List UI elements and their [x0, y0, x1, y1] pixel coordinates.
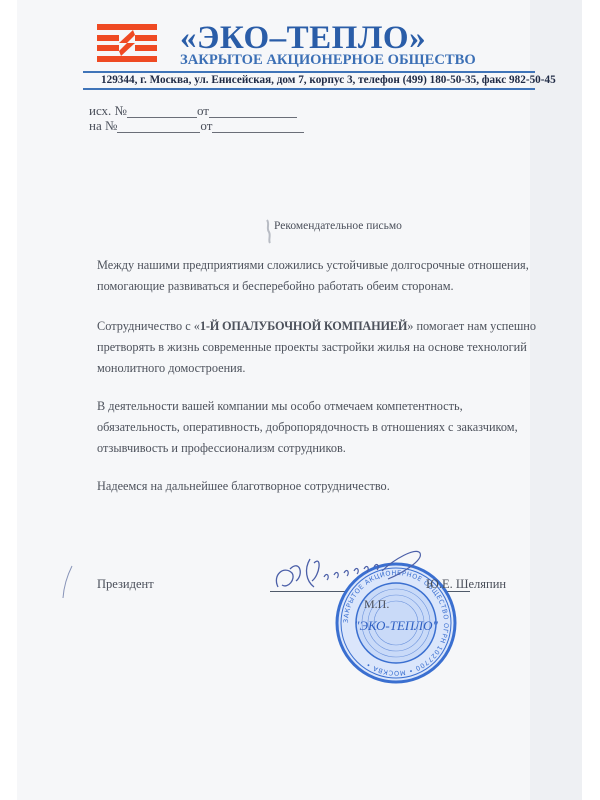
outgoing-date-blank — [209, 105, 297, 118]
outgoing-reference: исх. №от — [89, 104, 297, 118]
signer-position: Президент — [97, 577, 154, 592]
company-type: ЗАКРЫТОЕ АКЦИОНЕРНОЕ ОБЩЕСТВО — [180, 52, 480, 68]
outgoing-number-label: исх. № — [89, 103, 127, 118]
paragraph-2-intro: Сотрудничество с « — [97, 319, 200, 333]
incoming-number-blank — [117, 120, 200, 133]
pen-mark — [58, 564, 78, 600]
outgoing-number-blank — [127, 105, 197, 118]
partner-company-name: 1-Й ОПАЛУБОЧНОЙ КОМПАНИЕЙ — [200, 319, 407, 333]
stamp-place-label: М.П. — [364, 597, 389, 612]
letter-title: Рекомендательное письмо — [274, 220, 402, 232]
paragraph-4: Надеемся на дальнейшее благотворное сотр… — [97, 476, 547, 497]
signer-name: Ю.Е. Шеляпин — [426, 577, 506, 592]
incoming-reference: на №от — [89, 119, 304, 133]
company-address: 129344, г. Москва, ул. Енисейская, дом 7… — [101, 72, 541, 88]
incoming-date-blank — [212, 120, 304, 133]
paragraph-1: Между нашими предприятиями сложились уст… — [97, 255, 547, 297]
company-name: «ЭКО–ТЕПЛО» — [180, 20, 480, 56]
divider-bottom — [83, 88, 535, 90]
svg-text:"ЭКО-ТЕПЛО": "ЭКО-ТЕПЛО" — [354, 618, 438, 633]
incoming-date-label: от — [200, 118, 212, 133]
company-logo-icon — [97, 22, 157, 64]
paragraph-2: Сотрудничество с «1-Й ОПАЛУБОЧНОЙ КОМПАН… — [97, 316, 547, 379]
outgoing-date-label: от — [197, 103, 209, 118]
paragraph-3: В деятельности вашей компании мы особо о… — [97, 396, 547, 459]
handwritten-signature — [270, 545, 450, 595]
incoming-number-label: на № — [89, 118, 117, 133]
